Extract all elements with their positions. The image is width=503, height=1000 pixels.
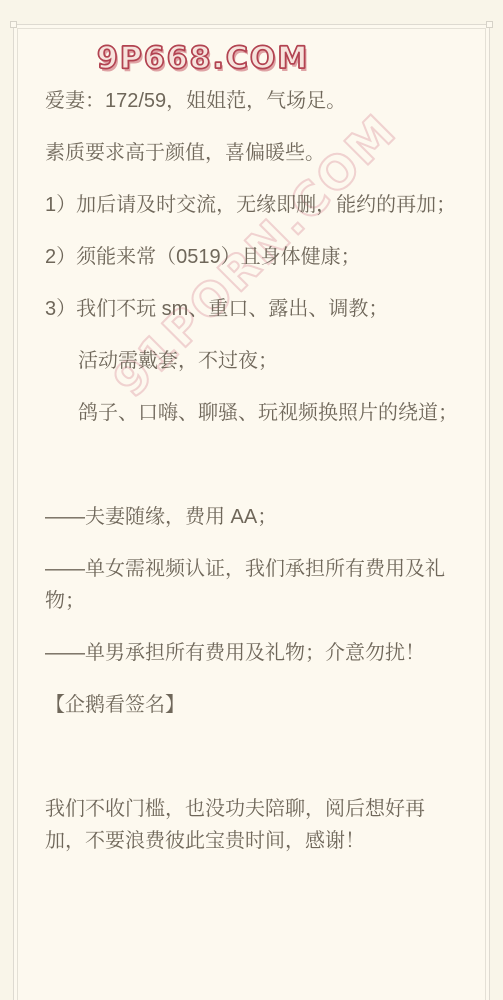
paragraph-qq-signature: 【企鹅看签名】	[45, 689, 463, 721]
paragraph-quality-requirement: 素质要求高于颜值，喜偏暖些。	[45, 137, 463, 169]
paragraph-rule-3: 3）我们不玩 sm、重口、露出、调教；	[45, 293, 463, 325]
paragraph-rule-3-note-2: 鸽子、口嗨、聊骚、玩视频换照片的绕道；	[45, 397, 463, 429]
paragraph-single-male: ——单男承担所有费用及礼物；介意勿扰！	[45, 637, 463, 669]
paragraph-wife-stats: 爱妻：172/59，姐姐范，气场足。	[45, 85, 463, 117]
empty-line	[45, 741, 463, 773]
empty-line	[45, 449, 463, 481]
paragraph-single-female: ——单女需视频认证，我们承担所有费用及礼物；	[45, 553, 463, 617]
paragraph-rule-2: 2）须能来常（0519）且身体健康；	[45, 241, 463, 273]
frame-corner-top-left	[10, 21, 17, 28]
paragraph-rule-3-note-1: 活动需戴套，不过夜；	[45, 345, 463, 377]
paragraph-closing: 我们不收门槛，也没功夫陪聊，阅后想好再加，不要浪费彼此宝贵时间，感谢！	[45, 793, 463, 857]
site-logo: 9P668.COM	[97, 43, 463, 75]
content-area: 9P668.COM 爱妻：172/59，姐姐范，气场足。 素质要求高于颜值，喜偏…	[45, 29, 463, 877]
paragraph-rule-1: 1）加后请及时交流，无缘即删，能约的再加；	[45, 189, 463, 221]
paragraph-couple-aa: ——夫妻随缘，费用 AA；	[45, 501, 463, 533]
frame-corner-top-right	[486, 21, 493, 28]
